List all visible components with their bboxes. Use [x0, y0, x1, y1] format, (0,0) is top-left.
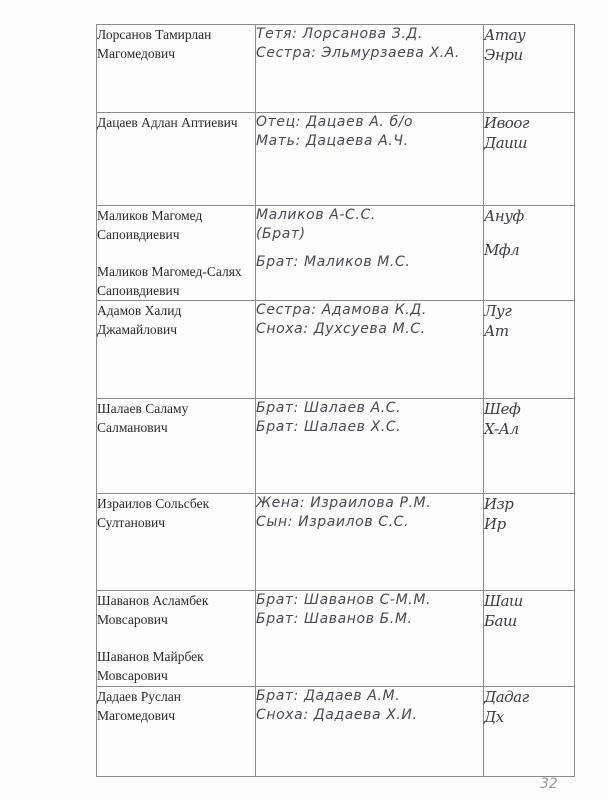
page-number: 32 — [540, 776, 558, 792]
handwritten-relative: Брат: Маликов М.С. — [256, 253, 483, 272]
handwritten-relative: Брат: Шаванов Б.М. — [256, 610, 483, 629]
handwritten-relative: Сноха: Дадаева Х.И. — [256, 706, 483, 725]
person-name: Шаванов Асламбек Мовсарович — [97, 591, 255, 629]
handwritten-relative: Брат: Шаванов С-М.М. — [256, 591, 483, 610]
signature: Изр — [484, 494, 574, 514]
handwritten-relative: Тетя: Лорсанова З.Д. — [256, 25, 483, 44]
signature: Ат — [484, 321, 574, 341]
person-name-cell: Адамов Халид Джамайлович — [97, 301, 256, 399]
relatives-cell: Брат: Шаванов С-М.М.Брат: Шаванов Б.М. — [256, 591, 484, 687]
table-row: Маликов Магомед СапоивдиевичМаликов Маго… — [97, 206, 575, 301]
signature-cell: ЛугАт — [484, 301, 575, 399]
person-name: Израилов Сольсбек Султанович — [97, 494, 255, 532]
relatives-cell: Маликов А-С.С.(Брат)Брат: Маликов М.С. — [256, 206, 484, 301]
signature: Х-Ал — [484, 419, 574, 439]
handwritten-relative: Мать: Дацаева А.Ч. — [256, 132, 483, 151]
relatives-cell: Сестра: Адамова К.Д.Сноха: Духсуева М.С. — [256, 301, 484, 399]
signature-cell: ИзрИр — [484, 494, 575, 591]
handwritten-relative: Сестра: Эльмурзаева Х.А. — [256, 44, 483, 63]
signature-cell: АнуфМфл — [484, 206, 575, 301]
person-name-cell: Шаванов Асламбек МовсаровичШаванов Майрб… — [97, 591, 256, 687]
person-name: Маликов Магомед Сапоивдиевич — [97, 206, 255, 244]
table-row: Дадаев Руслан МагомедовичБрат: Дадаев А.… — [97, 687, 575, 777]
handwritten-relative: Маликов А-С.С. — [256, 206, 483, 225]
signature: Баш — [484, 611, 574, 631]
signature-cell: ШашБаш — [484, 591, 575, 687]
relatives-cell: Тетя: Лорсанова З.Д.Сестра: Эльмурзаева … — [256, 25, 484, 113]
person-name: Маликов Магомед-Салях Сапоивдиевич — [97, 262, 255, 300]
relatives-cell: Отец: Дацаев А. б/оМать: Дацаева А.Ч. — [256, 113, 484, 206]
scanned-page: Лорсанов Тамирлан МагомедовичТетя: Лорса… — [0, 0, 608, 800]
table-row: Лорсанов Тамирлан МагомедовичТетя: Лорса… — [97, 25, 575, 113]
signature: Дх — [484, 707, 574, 727]
person-name: Шалаев Саламу Салманович — [97, 399, 255, 437]
handwritten-relative: Сын: Израилов С.С. — [256, 513, 483, 532]
handwritten-relative: Брат: Дадаев А.М. — [256, 687, 483, 706]
handwritten-relative: Брат: Шалаев Х.С. — [256, 418, 483, 437]
table-row: Шаванов Асламбек МовсаровичШаванов Майрб… — [97, 591, 575, 687]
table-row: Адамов Халид ДжамайловичСестра: Адамова … — [97, 301, 575, 399]
signature-cell: ДадагДх — [484, 687, 575, 777]
signature: Энри — [484, 45, 574, 65]
person-name-cell: Дацаев Адлан Аптиевич — [97, 113, 256, 206]
signature-cell: ШефХ-Ал — [484, 399, 575, 494]
person-name-cell: Маликов Магомед СапоивдиевичМаликов Маго… — [97, 206, 256, 301]
person-name: Шаванов Майрбек Мовсарович — [97, 647, 255, 685]
handwritten-relative: Брат: Шалаев А.С. — [256, 399, 483, 418]
table-row: Дацаев Адлан АптиевичОтец: Дацаев А. б/о… — [97, 113, 575, 206]
signature: Ир — [484, 514, 574, 534]
signature: Шаш — [484, 591, 574, 611]
table-row: Израилов Сольсбек СултановичЖена: Израил… — [97, 494, 575, 591]
signature: Атау — [484, 25, 574, 45]
signature: Шеф — [484, 399, 574, 419]
handwritten-relative: Сестра: Адамова К.Д. — [256, 301, 483, 320]
relatives-table: Лорсанов Тамирлан МагомедовичТетя: Лорса… — [96, 24, 575, 777]
signature: Ивоог — [484, 113, 574, 133]
handwritten-relative: Жена: Израилова Р.М. — [256, 494, 483, 513]
signature: Даиш — [484, 133, 574, 153]
relatives-cell: Брат: Дадаев А.М.Сноха: Дадаева Х.И. — [256, 687, 484, 777]
person-name-cell: Израилов Сольсбек Султанович — [97, 494, 256, 591]
signature: Дадаг — [484, 687, 574, 707]
signature: Ануф — [484, 206, 574, 226]
person-name: Дацаев Адлан Аптиевич — [97, 113, 255, 132]
person-name-cell: Шалаев Саламу Салманович — [97, 399, 256, 494]
signature: Луг — [484, 301, 574, 321]
person-name: Адамов Халид Джамайлович — [97, 301, 255, 339]
person-name: Лорсанов Тамирлан Магомедович — [97, 25, 255, 63]
handwritten-relative: Отец: Дацаев А. б/о — [256, 113, 483, 132]
handwritten-relative: Сноха: Духсуева М.С. — [256, 320, 483, 339]
relatives-cell: Жена: Израилова Р.М.Сын: Израилов С.С. — [256, 494, 484, 591]
person-name-cell: Лорсанов Тамирлан Магомедович — [97, 25, 256, 113]
signature-cell: АтауЭнри — [484, 25, 575, 113]
person-name-cell: Дадаев Руслан Магомедович — [97, 687, 256, 777]
relatives-cell: Брат: Шалаев А.С.Брат: Шалаев Х.С. — [256, 399, 484, 494]
signature: Мфл — [484, 240, 574, 260]
table-row: Шалаев Саламу СалмановичБрат: Шалаев А.С… — [97, 399, 575, 494]
person-name: Дадаев Руслан Магомедович — [97, 687, 255, 725]
signature-cell: ИвоогДаиш — [484, 113, 575, 206]
handwritten-relative: (Брат) — [256, 225, 483, 244]
